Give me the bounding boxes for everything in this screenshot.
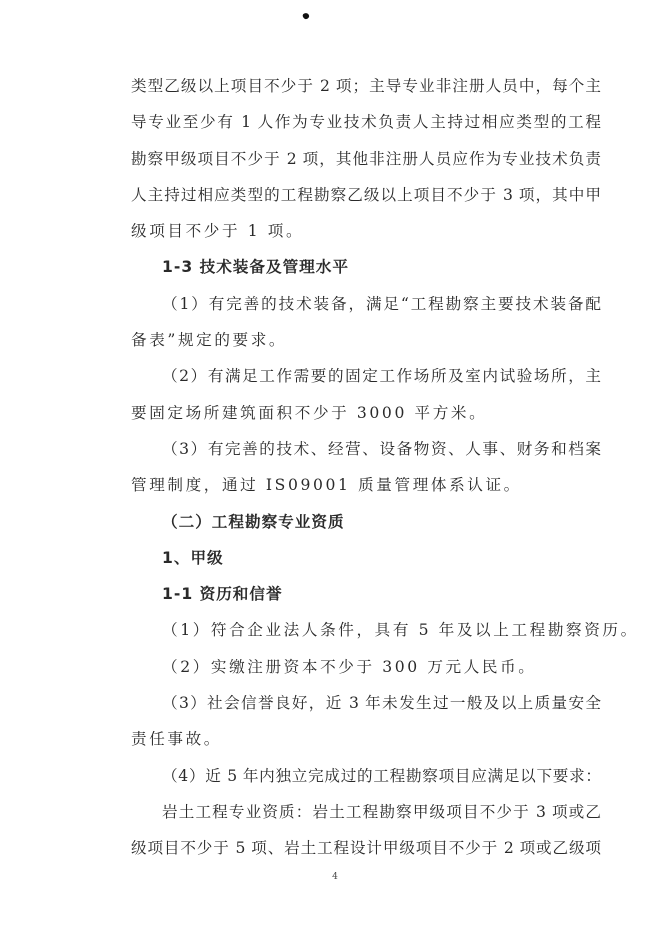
paragraph-line: 导专业至少有 1 人作为专业技术负责人主持过相应类型的工程 [131,104,601,140]
paragraph-line: （3）社会信誉良好，近 3 年未发生过一般及以上质量安全 [131,685,601,721]
section-heading: （二）工程勘察专业资质 [131,504,601,540]
paragraph-line: （2）有满足工作需要的固定工作场所及室内试验场所，主 [131,358,601,394]
paragraph-line: 人主持过相应类型的工程勘察乙级以上项目不少于 3 项，其中甲 [131,177,601,213]
paragraph-line: 管理制度，通过 IS09001 质量管理体系认证。 [131,467,601,503]
paragraph-line: （1）有完善的技术装备，满足“工程勘察主要技术装备配 [131,286,601,322]
paragraph-line: 要固定场所建筑面积不少于 3000 平方米。 [131,395,601,431]
paragraph-line: （2）实缴注册资本不少于 300 万元人民币。 [131,649,601,685]
document-body: 类型乙级以上项目不少于 2 项；主导专业非注册人员中，每个主 导专业至少有 1 … [131,68,601,867]
section-heading: 1、甲级 [131,540,601,576]
section-heading: 1-3 技术装备及管理水平 [131,249,601,285]
section-heading: 1-1 资历和信誉 [131,576,601,612]
paragraph-line: 责任事故。 [131,721,601,757]
paragraph-line: （3）有完善的技术、经营、设备物资、人事、财务和档案 [131,431,601,467]
paragraph-line: （1）符合企业法人条件，具有 5 年及以上工程勘察资历。 [131,612,601,648]
scan-mark [302,12,310,20]
paragraph-line: 类型乙级以上项目不少于 2 项；主导专业非注册人员中，每个主 [131,68,601,104]
page-number: 4 [0,872,670,882]
paragraph-line: 级项目不少于 5 项、岩土工程设计甲级项目不少于 2 项或乙级项 [131,830,601,866]
paragraph-line: 备表”规定的要求。 [131,322,601,358]
paragraph-line: （4）近 5 年内独立完成过的工程勘察项目应满足以下要求： [131,758,601,794]
paragraph-line: 勘察甲级项目不少于 2 项，其他非注册人员应作为专业技术负责 [131,141,601,177]
paragraph-line: 级项目不少于 1 项。 [131,213,601,249]
paragraph-line: 岩土工程专业资质：岩土工程勘察甲级项目不少于 3 项或乙 [131,794,601,830]
